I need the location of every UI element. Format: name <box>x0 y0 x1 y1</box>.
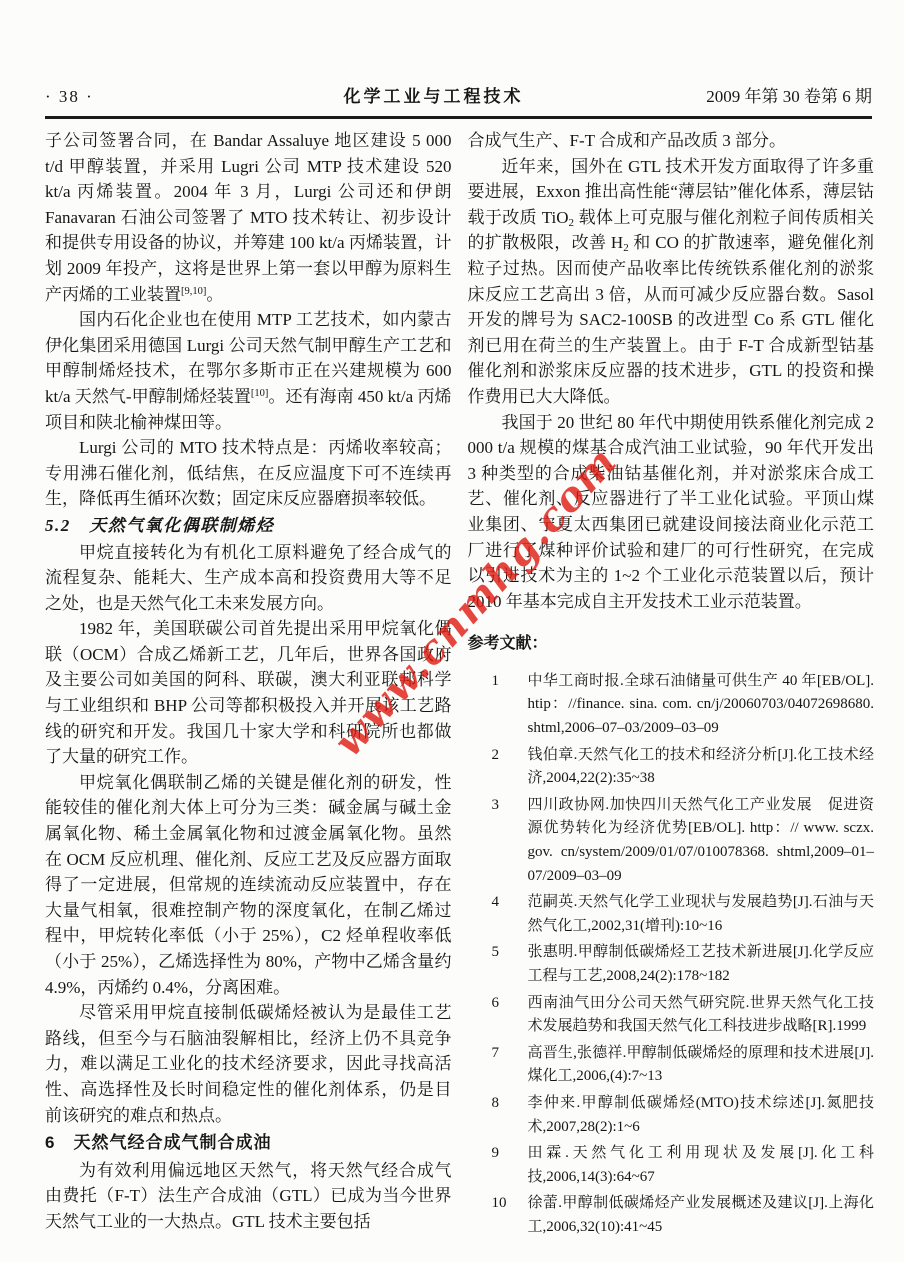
reference-number: 4 <box>492 891 528 938</box>
body-paragraph: 合成气生产、F-T 合成和产品改质 3 部分。 <box>468 128 875 154</box>
reference-text: 张惠明.甲醇制低碳烯烃工艺技术新进展[J].化学反应工程与工艺,2008,24(… <box>528 941 875 988</box>
reference-number: 2 <box>492 744 528 791</box>
reference-number: 6 <box>492 992 528 1039</box>
body-paragraph: Lurgi 公司的 MTO 技术特点是：丙烯收率较高；专用沸石催化剂，低结焦，在… <box>45 435 452 512</box>
body-paragraph: 甲烷直接转化为有机化工原料避免了经合成气的流程复杂、能耗大、生产成本高和投资费用… <box>45 540 452 617</box>
body-paragraph: 近年来，国外在 GTL 技术开发方面取得了许多重要进展，Exxon 推出高性能“… <box>468 154 875 410</box>
reference-number: 1 <box>492 670 528 741</box>
subsection-heading: 5.2 天然气氧化偶联制烯烃 <box>45 513 452 539</box>
reference-text: 钱伯章.天然气化工的技术和经济分析[J].化工技术经济,2004,22(2):3… <box>528 744 875 791</box>
left-column: 子公司签署合同，在 Bandar Assaluye 地区建设 5 000 t/d… <box>45 128 452 1243</box>
body-paragraph: 1982 年，美国联碳公司首先提出采用甲烷氧化偶联（OCM）合成乙烯新工艺，几年… <box>45 616 452 770</box>
reference-item: 9田霖.天然气化工利用现状及发展[J].化工科技,2006,14(3):64~6… <box>468 1142 875 1189</box>
page-number: · 38 · <box>45 87 205 107</box>
body-paragraph: 为有效利用偏远地区天然气，将天然气经合成气由费托（F-T）法生产合成油（GTL）… <box>45 1158 452 1235</box>
reference-item: 1中华工商时报.全球石油储量可供生产 40 年[EB/OL]. htip：//f… <box>468 670 875 741</box>
reference-item: 8李仲来.甲醇制低碳烯烃(MTO)技术综述[J].氮肥技术,2007,28(2)… <box>468 1092 875 1139</box>
reference-number: 8 <box>492 1092 528 1139</box>
reference-item: 7高晋生,张德祥.甲醇制低碳烯烃的原理和技术进展[J].煤化工,2006,(4)… <box>468 1042 875 1089</box>
reference-number: 5 <box>492 941 528 988</box>
reference-text: 田霖.天然气化工利用现状及发展[J].化工科技,2006,14(3):64~67 <box>528 1142 875 1189</box>
page-header: · 38 · 化学工业与工程技术 2009 年第 30 卷第 6 期 <box>45 82 872 119</box>
body-paragraph: 我国于 20 世纪 80 年代中期使用铁系催化剂完成 2 000 t/a 规模的… <box>468 410 875 615</box>
reference-text: 西南油气田分公司天然气研究院.世界天然气化工技术发展趋势和我国天然气化工科技进步… <box>528 992 875 1039</box>
reference-number: 3 <box>492 794 528 888</box>
reference-item: 6西南油气田分公司天然气研究院.世界天然气化工技术发展趋势和我国天然气化工科技进… <box>468 992 875 1039</box>
reference-text: 范嗣英.天然气化学工业现状与发展趋势[J].石油与天然气化工,2002,31(增… <box>528 891 875 938</box>
reference-number: 10 <box>492 1192 528 1239</box>
citation-superscript: [9,10] <box>181 286 206 297</box>
issue-info: 2009 年第 30 卷第 6 期 <box>662 82 872 107</box>
reference-item: 2钱伯章.天然气化工的技术和经济分析[J].化工技术经济,2004,22(2):… <box>468 744 875 791</box>
reference-item: 5张惠明.甲醇制低碳烯烃工艺技术新进展[J].化学反应工程与工艺,2008,24… <box>468 941 875 988</box>
body-paragraph: 甲烷氧化偶联制乙烯的关键是催化剂的研发，性能较佳的催化剂大体上可分为三类：碱金属… <box>45 770 452 1000</box>
reference-text: 徐蕾.甲醇制低碳烯烃产业发展概述及建议[J].上海化工,2006,32(10):… <box>528 1192 875 1239</box>
page-body: 子公司签署合同，在 Bandar Assaluye 地区建设 5 000 t/d… <box>45 128 874 1243</box>
journal-page: · 38 · 化学工业与工程技术 2009 年第 30 卷第 6 期 子公司签署… <box>0 0 904 1262</box>
reference-item: 10徐蕾.甲醇制低碳烯烃产业发展概述及建议[J].上海化工,2006,32(10… <box>468 1192 875 1239</box>
journal-title: 化学工业与工程技术 <box>205 82 662 107</box>
reference-item: 4范嗣英.天然气化学工业现状与发展趋势[J].石油与天然气化工,2002,31(… <box>468 891 875 938</box>
reference-text: 四川政协网.加快四川天然气化工产业发展 促进资源优势转化为经济优势[EB/OL]… <box>528 794 875 888</box>
reference-text: 李仲来.甲醇制低碳烯烃(MTO)技术综述[J].氮肥技术,2007,28(2):… <box>528 1092 875 1139</box>
reference-text: 中华工商时报.全球石油储量可供生产 40 年[EB/OL]. htip：//fi… <box>528 670 875 741</box>
references-title: 参考文献： <box>468 631 875 657</box>
section-heading: 6 天然气经合成气制合成油 <box>45 1130 452 1156</box>
citation-superscript: [10] <box>251 388 269 399</box>
chemical-subscript: 2 <box>569 217 575 229</box>
body-paragraph: 子公司签署合同，在 Bandar Assaluye 地区建设 5 000 t/d… <box>45 128 452 307</box>
reference-number: 9 <box>492 1142 528 1189</box>
body-paragraph: 国内石化企业也在使用 MTP 工艺技术，如内蒙古伊化集团采用德国 Lurgi 公… <box>45 307 452 435</box>
reference-item: 3四川政协网.加快四川天然气化工产业发展 促进资源优势转化为经济优势[EB/OL… <box>468 794 875 888</box>
reference-text: 高晋生,张德祥.甲醇制低碳烯烃的原理和技术进展[J].煤化工,2006,(4):… <box>528 1042 875 1089</box>
right-column: 合成气生产、F-T 合成和产品改质 3 部分。近年来，国外在 GTL 技术开发方… <box>468 128 875 1243</box>
body-paragraph: 尽管采用甲烷直接制低碳烯烃被认为是最佳工艺路线，但至今与石脑油裂解相比，经济上仍… <box>45 1000 452 1128</box>
reference-number: 7 <box>492 1042 528 1089</box>
chemical-subscript: 2 <box>623 242 629 254</box>
